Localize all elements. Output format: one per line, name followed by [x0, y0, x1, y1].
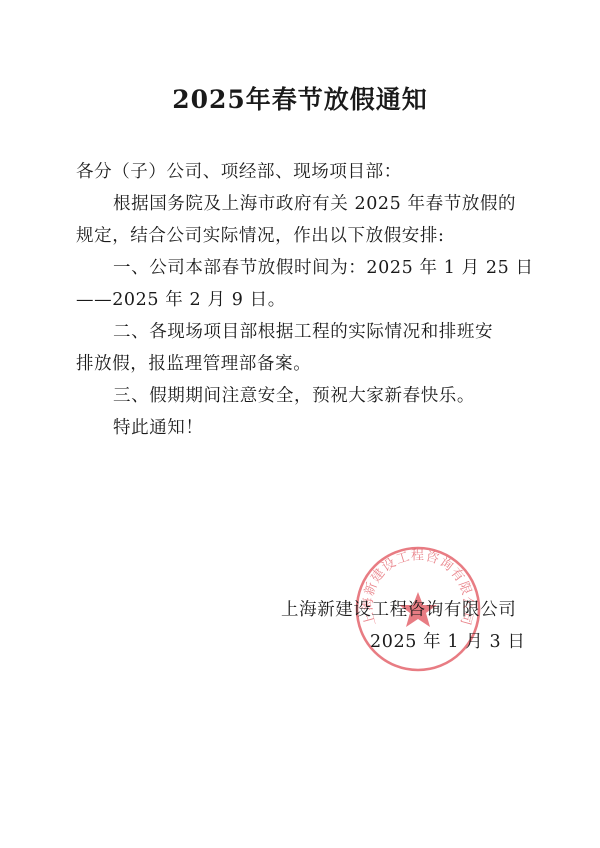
paragraph-3-line-2: 排放假，报监理管理部备案。 — [76, 350, 311, 375]
paragraph-3-line-1: 二、各现场项目部根据工程的实际情况和排班安 — [113, 318, 493, 343]
signature-date: 2025 年 1 月 3 日 — [370, 628, 526, 653]
signature-company: 上海新建设工程咨询有限公司 — [281, 596, 516, 621]
document-title: 2025年春节放假通知 — [0, 80, 600, 116]
paragraph-2-line-2: ——2025 年 2 月 9 日。 — [76, 286, 286, 311]
paragraph-1-line-2: 规定，结合公司实际情况，作出以下放假安排: — [76, 222, 445, 247]
paragraph-1-line-1: 根据国务院及上海市政府有关 2025 年春节放假的 — [113, 190, 516, 215]
paragraph-2-line-1: 一、公司本部春节放假时间为：2025 年 1 月 25 日 — [113, 254, 534, 279]
salutation: 各分（子）公司、项经部、现场项目部： — [76, 158, 402, 183]
closing-line: 特此通知！ — [113, 414, 204, 439]
paragraph-4: 三、假期期间注意安全，预祝大家新春快乐。 — [113, 382, 475, 407]
